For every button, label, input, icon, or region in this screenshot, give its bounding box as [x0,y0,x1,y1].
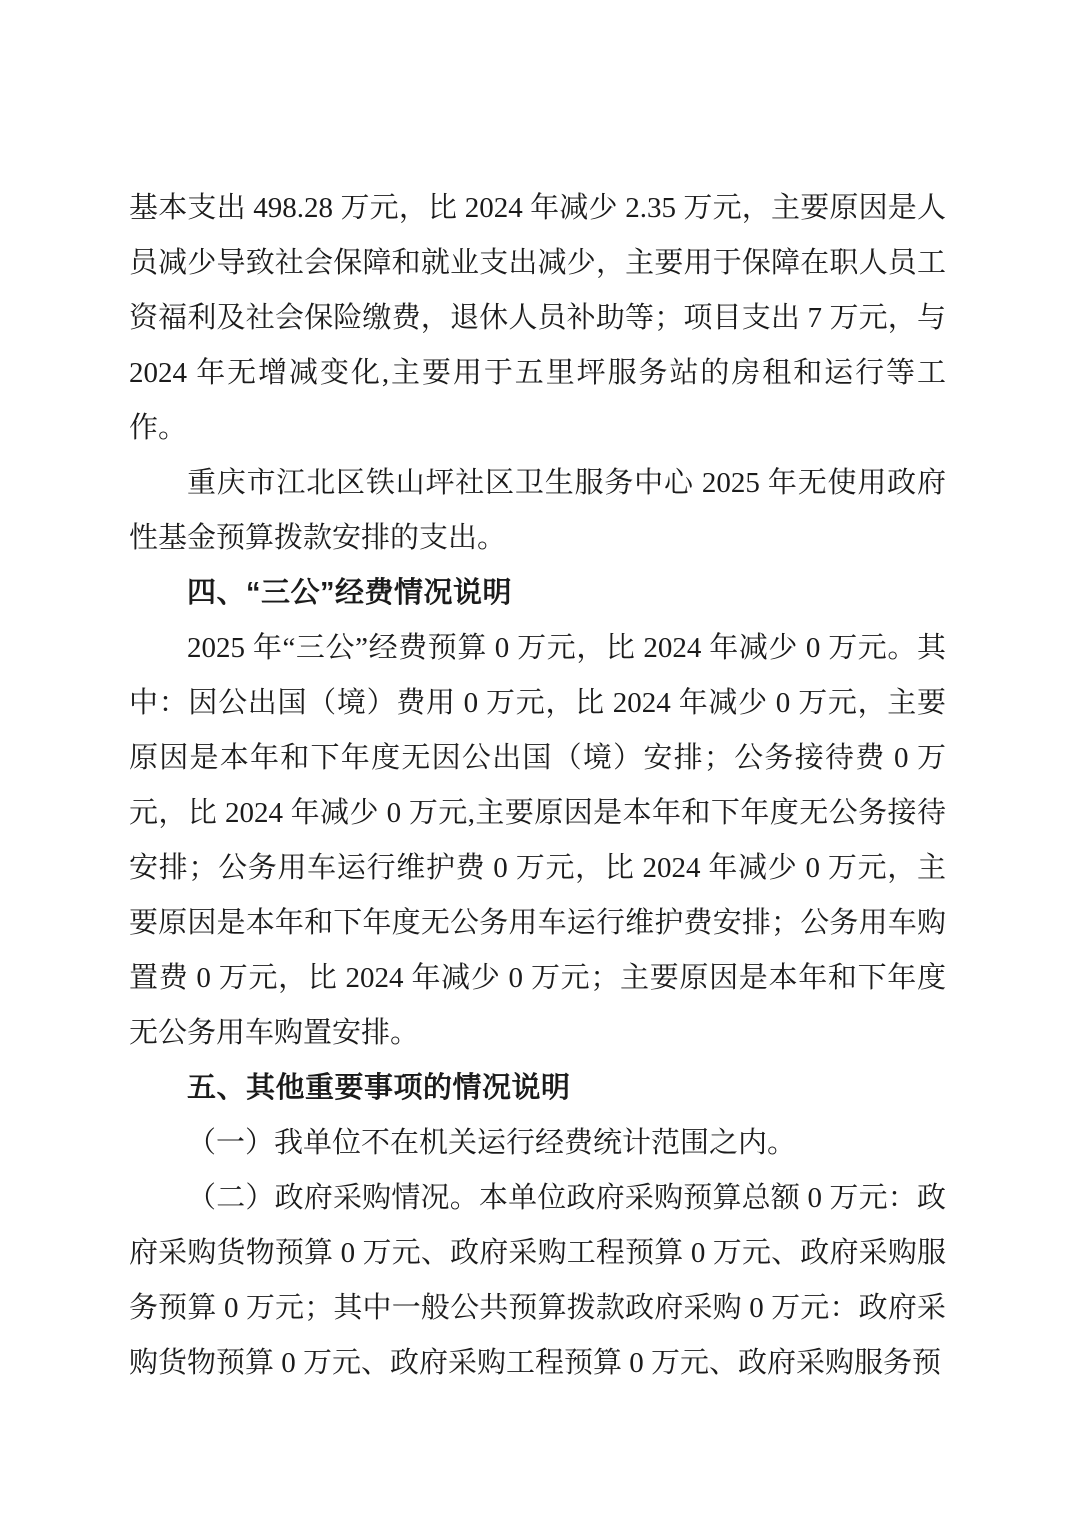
paragraph-not-in-operating-expense-scope: （一）我单位不在机关运行经费统计范围之内。 [129,1116,946,1171]
paragraph-basic-expenditure-continuation: 基本支出 498.28 万元，比 2024 年减少 2.35 万元，主要原因是人… [129,181,946,456]
document-body: 基本支出 498.28 万元，比 2024 年减少 2.35 万元，主要原因是人… [129,181,946,1391]
paragraph-government-procurement: （二）政府采购情况。本单位政府采购预算总额 0 万元：政府采购货物预算 0 万元… [129,1171,946,1391]
paragraph-no-government-fund-expenditure: 重庆市江北区铁山坪社区卫生服务中心 2025 年无使用政府性基金预算拨款安排的支… [129,456,946,566]
paragraph-three-public-expenses-detail: 2025 年“三公”经费预算 0 万元，比 2024 年减少 0 万元。其中：因… [129,621,946,1061]
heading-section-4-three-public-expenses: 四、“三公”经费情况说明 [129,566,946,621]
heading-section-5-other-important-matters: 五、其他重要事项的情况说明 [129,1061,946,1116]
document-page: 基本支出 498.28 万元，比 2024 年减少 2.35 万元，主要原因是人… [0,0,1074,1520]
